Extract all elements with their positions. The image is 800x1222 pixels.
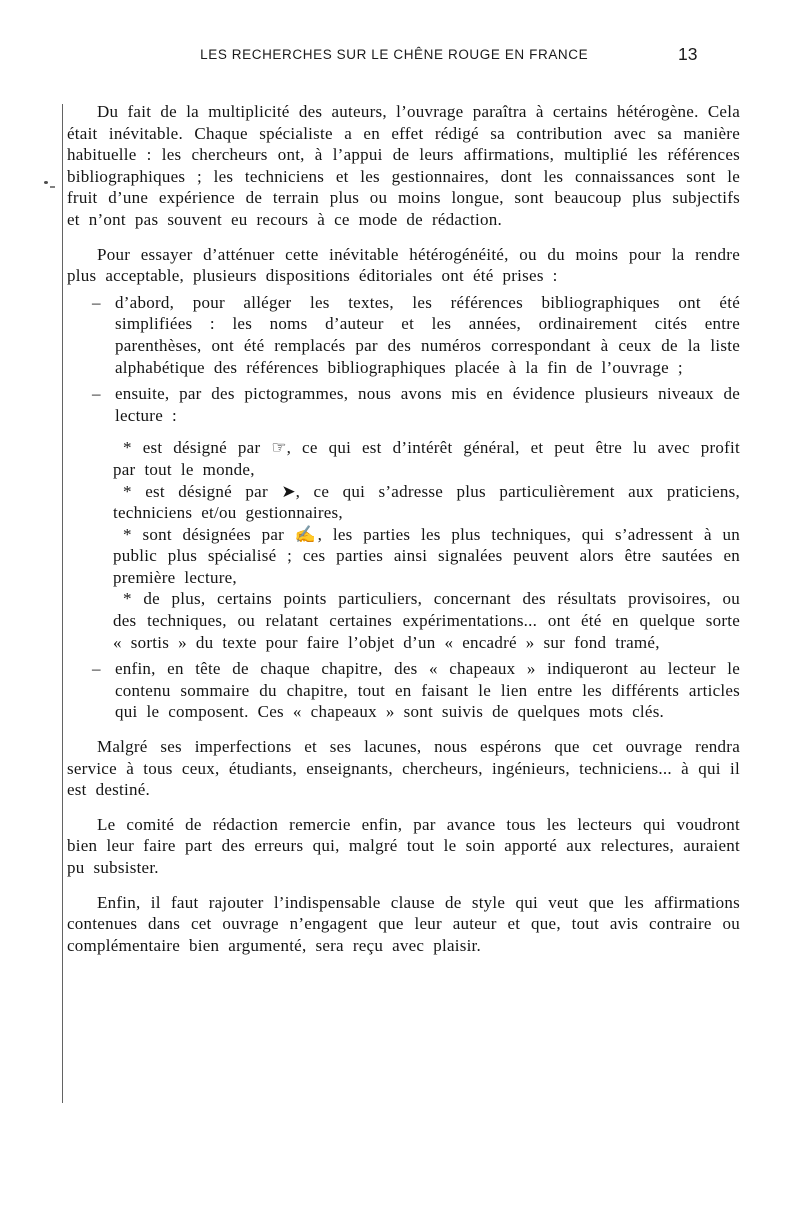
running-header: LES RECHERCHES SUR LE CHÊNE ROUGE EN FRA… bbox=[0, 44, 800, 68]
pictogram-item-encadres: * de plus, certains points particuliers,… bbox=[113, 588, 740, 653]
writing-hand-icon: ✍ bbox=[295, 525, 318, 544]
list-item-text: d’abord, pour alléger les textes, les ré… bbox=[115, 293, 740, 377]
pictogram-item-praticiens: * est désigné par ➤, ce qui s’adresse pl… bbox=[113, 481, 740, 524]
page-edge-scan-line bbox=[62, 104, 63, 1103]
scan-speck-dot bbox=[44, 181, 48, 184]
pictogram-item-techniques: * sont désignées par ✍, les parties les … bbox=[113, 524, 740, 589]
dash-marker: – bbox=[92, 383, 101, 405]
list-item-text: ensuite, par des pictogrammes, nous avon… bbox=[115, 384, 740, 425]
dash-marker: – bbox=[92, 658, 101, 680]
book-page: LES RECHERCHES SUR LE CHÊNE ROUGE EN FRA… bbox=[0, 0, 800, 1222]
running-title: LES RECHERCHES SUR LE CHÊNE ROUGE EN FRA… bbox=[200, 47, 588, 62]
page-body: Du fait de la multiplicité des auteurs, … bbox=[67, 101, 740, 956]
list-item-text: enfin, en tête de chaque chapitre, des «… bbox=[115, 659, 740, 721]
pictogram-item-text: * de plus, certains points particuliers,… bbox=[113, 589, 740, 651]
arrowhead-icon: ➤ bbox=[281, 482, 295, 501]
paragraph-malgre: Malgré ses imperfections et ses lacunes,… bbox=[67, 736, 740, 801]
paragraph-dispositions: Pour essayer d’atténuer cette inévitable… bbox=[67, 244, 740, 287]
pictogram-item-text: * est désigné par bbox=[123, 482, 281, 501]
pictogram-list: * est désigné par ☞, ce qui est d’intérê… bbox=[113, 437, 740, 653]
paragraph-clause: Enfin, il faut rajouter l’indispensable … bbox=[67, 892, 740, 957]
paragraph-comite: Le comité de rédaction remercie enfin, p… bbox=[67, 814, 740, 879]
list-item-ensuite: – ensuite, par des pictogrammes, nous av… bbox=[115, 383, 740, 426]
list-item-dabord: – d’abord, pour alléger les textes, les … bbox=[115, 292, 740, 378]
scan-speck-dash bbox=[50, 186, 55, 188]
list-item-enfin: – enfin, en tête de chaque chapitre, des… bbox=[115, 658, 740, 723]
pictogram-item-text: * sont désignées par bbox=[123, 525, 295, 544]
page-number: 13 bbox=[678, 44, 697, 65]
pointing-hand-icon: ☞ bbox=[271, 438, 286, 457]
pictogram-item-text: * est désigné par bbox=[123, 438, 271, 457]
pictogram-item-general: * est désigné par ☞, ce qui est d’intérê… bbox=[113, 437, 740, 480]
dash-marker: – bbox=[92, 292, 101, 314]
paragraph-intro: Du fait de la multiplicité des auteurs, … bbox=[67, 101, 740, 231]
